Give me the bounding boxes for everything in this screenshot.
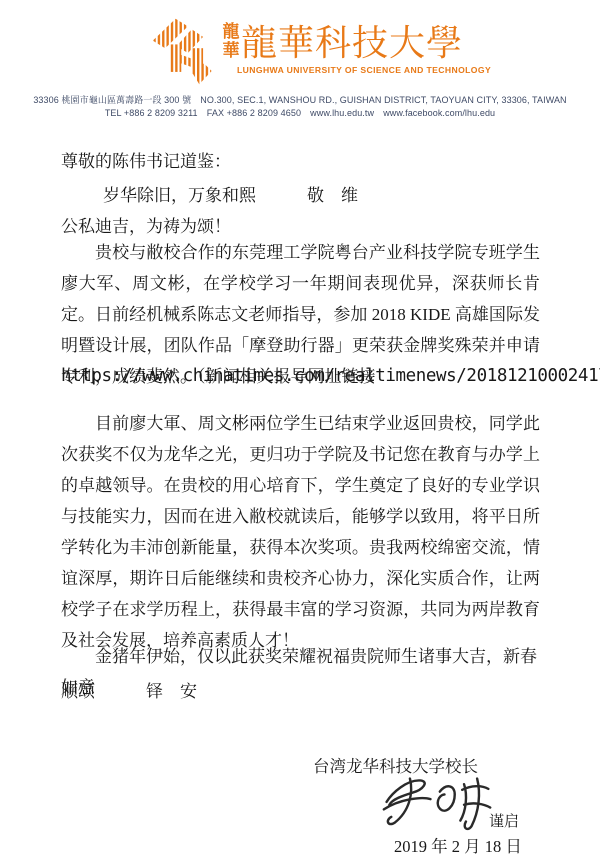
letter-page: 龍 華 龍華科技大學 LUNGHWA UNIVERSITY OF SCIENCE…	[0, 0, 600, 861]
letterhead: 龍 華 龍華科技大學 LUNGHWA UNIVERSITY OF SCIENCE…	[0, 0, 600, 130]
handwritten-signature-icon	[381, 770, 493, 837]
closing-salute: 顺颂 铎 安	[61, 676, 540, 707]
letter-date: 2019 年 2 月 18 日	[394, 833, 522, 857]
university-title-block: 龍華科技大學 LUNGHWA UNIVERSITY OF SCIENCE AND…	[237, 22, 467, 75]
university-name-zh: 龍華科技大學	[237, 22, 467, 64]
address-line: 33306 桃園市龜山區萬壽路一段 300 號 NO.300, SEC.1, W…	[0, 93, 600, 106]
paragraph-gratitude: 目前廖大軍、周文彬兩位学生已结束学业返回贵校，同学此次获奖不仅为龙华之光，更归功…	[61, 408, 540, 656]
salutation: 尊敬的陈伟书记道鉴：	[61, 146, 540, 177]
contact-line: TEL +886 2 8209 3211 FAX +886 2 8209 465…	[0, 106, 600, 119]
opening-line-1: 岁华除旧，万象和熙 敬 维	[61, 180, 582, 211]
signature-suffix: 谨启	[489, 810, 519, 831]
university-name-en: LUNGHWA UNIVERSITY OF SCIENCE AND TECHNO…	[237, 65, 467, 75]
news-url: https://www.chinatimes.com/realtimenews/…	[61, 361, 540, 392]
lhu-logo-icon	[149, 16, 223, 93]
